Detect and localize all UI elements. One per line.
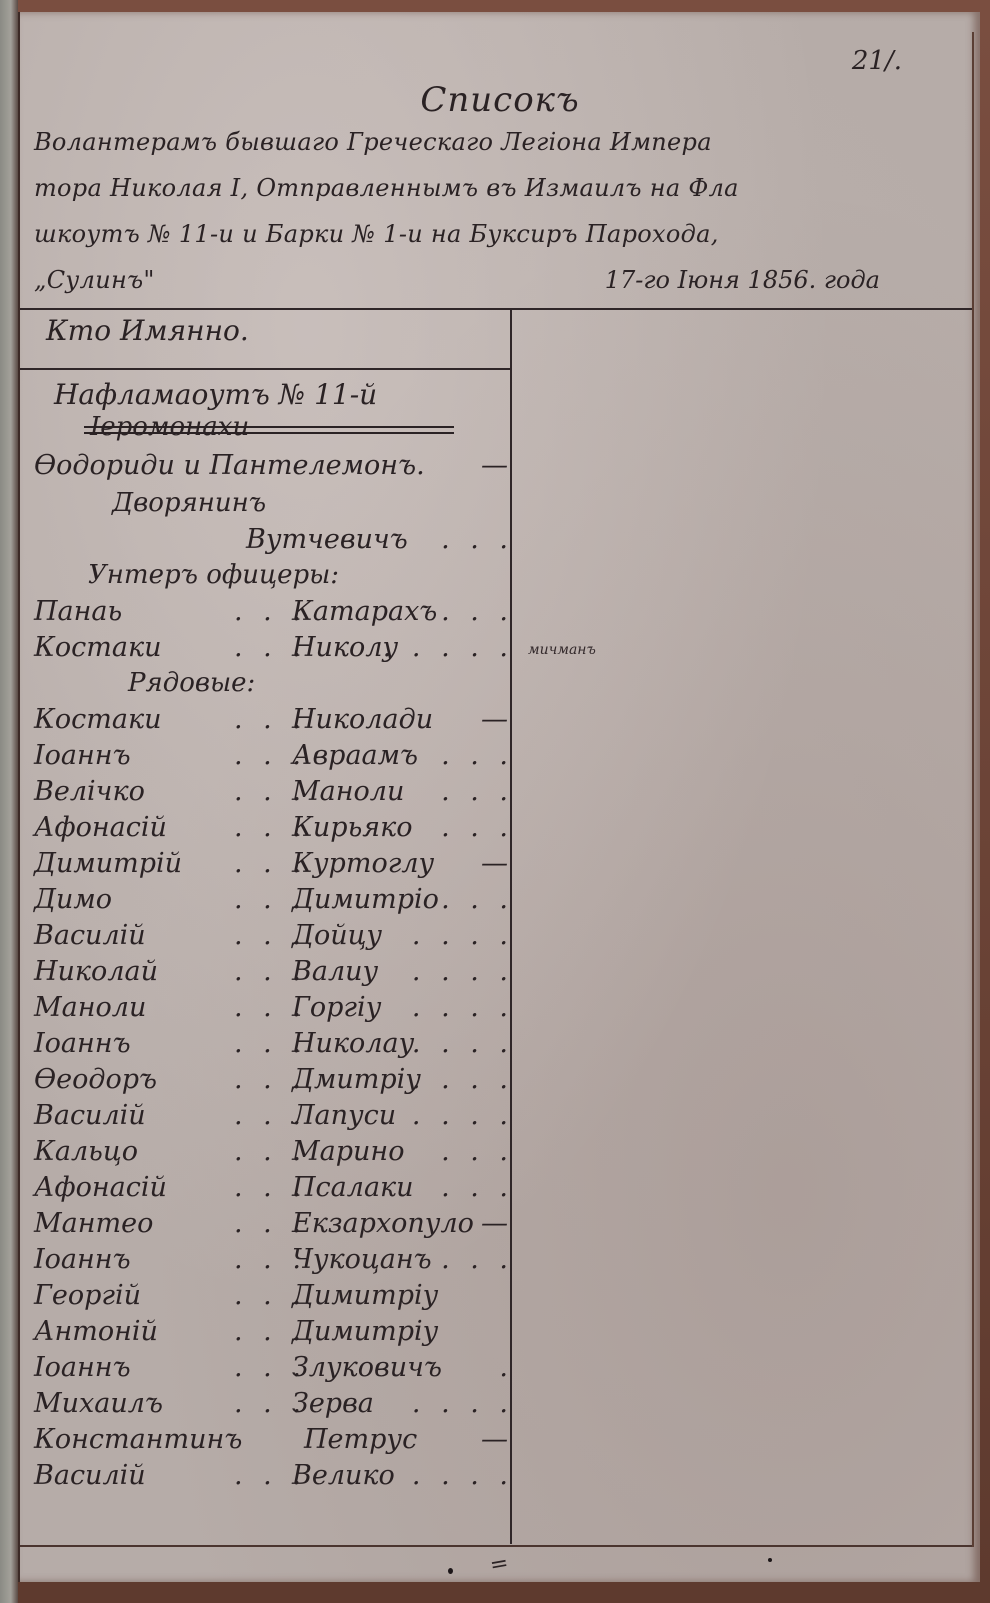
entry-first-name: Велічко <box>34 776 145 807</box>
entry-surname: Николади <box>292 704 433 735</box>
entry-first-name: Николай <box>34 956 158 987</box>
entry-trail: . . . . <box>412 1028 514 1059</box>
entry-first-name: Кальцо <box>34 1136 138 1167</box>
entry-surname: Димитріо <box>292 884 439 915</box>
entry-surname: Псалаки <box>292 1172 414 1203</box>
end-of-list-mark: = <box>488 1551 510 1579</box>
entry-first-name: Іоаннъ <box>34 1352 131 1383</box>
entry-trail: — <box>481 848 514 879</box>
entry-first-name: Ѳеодоръ <box>34 1064 157 1095</box>
entry-surname: Димитріу <box>292 1280 438 1311</box>
table-top-rule <box>20 308 972 310</box>
entry-first-name: Михаилъ <box>34 1388 163 1419</box>
document-title: Списокъ <box>20 80 980 120</box>
column-header-names: Кто Имянно. <box>46 314 249 347</box>
section-title: Нафламаоутъ № 11-й <box>54 378 377 411</box>
entry-surname: Кирьяко <box>292 812 413 843</box>
list-item: Костаки . . . Николу . . . . . <box>34 632 514 676</box>
heading-line-3: шкоутъ № 11-и и Барки № 1-и на Буксиръ П… <box>34 220 719 248</box>
entry-surname: Лапуси <box>292 1100 396 1131</box>
entry-surname: Чукоцанъ <box>292 1244 432 1275</box>
entry-first-name: Георгій <box>34 1280 141 1311</box>
list-item: Ѳодориди и Пантелемонъ. — <box>34 450 514 494</box>
entry-trail: . . . <box>441 1136 514 1167</box>
entry-trail: . . . . <box>412 992 514 1023</box>
entry-surname: Валиу <box>292 956 378 987</box>
entry-trail: — <box>481 1208 514 1239</box>
entry-surname: Екзархопуло <box>292 1208 474 1239</box>
entry-first-name: Василій <box>34 1100 146 1131</box>
entry-trail: . . . . <box>412 1388 514 1419</box>
list-item: Василій . . . Велико . . . . <box>34 1460 514 1504</box>
entry-first-name: Афонасій <box>34 1172 167 1203</box>
entry-first-name: Константинъ <box>34 1424 242 1455</box>
entry-trail: . . . <box>441 812 514 843</box>
entry-trail: . . . <box>441 776 514 807</box>
folio-number: 21/. <box>852 46 902 76</box>
entry-first-name: Мантео <box>34 1208 153 1239</box>
entry-surname: Петрус <box>304 1424 417 1455</box>
group-label-privates: Рядовые: <box>128 668 255 698</box>
entry-first-name: Костаки <box>34 632 162 663</box>
entry-trail: . <box>499 1352 514 1383</box>
entry-surname: Димитріу <box>292 1316 438 1347</box>
entry-trail: . . . . <box>412 1064 514 1095</box>
heading-line-1: Волантерамъ бывшаго Греческаго Легіона И… <box>34 128 712 156</box>
heading-line-4: „Сулинъ" <box>34 266 155 294</box>
rank-note: мичманъ <box>528 642 596 658</box>
ink-blot <box>768 1558 772 1562</box>
entry-trail: . . . . . <box>383 632 514 663</box>
entry-surname: Велико <box>292 1460 395 1491</box>
entry-first-name: Василій <box>34 920 146 951</box>
entry-trail: . . . <box>441 1172 514 1203</box>
entry-surname: Злуковичъ <box>292 1352 442 1383</box>
manuscript-page: 21/. Списокъ Волантерамъ бывшаго Греческ… <box>18 12 980 1582</box>
entry-surname: Катарахъ <box>292 596 437 627</box>
entry-first-name: Афонасій <box>34 812 167 843</box>
entry-trail: . . . . <box>412 1100 514 1131</box>
entry-trail: . . . <box>441 1244 514 1275</box>
entry-surname: Дойцу <box>292 920 382 951</box>
entry-surname: Дмитріу <box>292 1064 421 1095</box>
entry-first-name: Панаь <box>34 596 122 627</box>
entry-surname: Николау <box>292 1028 414 1059</box>
entry-surname: Зерва <box>292 1388 374 1419</box>
entry-first-name: Димо <box>34 884 112 915</box>
book-binding <box>0 0 18 1603</box>
entry-first-name: Антоній <box>34 1316 158 1347</box>
page-right-edge <box>972 32 974 1547</box>
entry-first-name: Маноли <box>34 992 146 1023</box>
group-label-ncos: Унтеръ офицеры: <box>88 560 339 590</box>
group-label-hieromonks: Іеромонахи <box>90 412 249 442</box>
entry-surname: Вутчевичъ <box>246 524 408 555</box>
entry-first-name: Іоаннъ <box>34 1028 131 1059</box>
page-bottom-edge <box>20 1545 972 1547</box>
entry-first-name: Іоаннъ <box>34 1244 131 1275</box>
entry-first-name: Василій <box>34 1460 146 1491</box>
entry-surname: Горгіу <box>292 992 381 1023</box>
section-title-text: Нафламаоутъ № 11-й <box>54 378 377 411</box>
document-date: 17-го Іюня 1856. года <box>605 266 880 294</box>
entry-first-name: Іоаннъ <box>34 740 131 771</box>
entry-trail: . . . . <box>412 956 514 987</box>
entry-trail: — <box>481 450 514 481</box>
entry-trail: . . . <box>441 740 514 771</box>
entry-trail: . . . <box>441 884 514 915</box>
entry-names: Ѳодориди и Пантелемонъ. <box>34 450 425 481</box>
entry-first-name: Костаки <box>34 704 162 735</box>
entry-trail: . . . . <box>412 920 514 951</box>
ink-blot <box>448 1568 453 1574</box>
heading-line-2: тора Николая I, Отправленнымъ въ Измаилъ… <box>34 174 739 202</box>
entry-surname: Куртоглу <box>292 848 434 879</box>
header-rule <box>20 368 512 370</box>
entry-surname: Маноли <box>292 776 404 807</box>
entry-trail: . . . <box>441 524 514 555</box>
entry-trail: . . . <box>441 596 514 627</box>
entry-surname: Авраамъ <box>292 740 418 771</box>
entry-trail: . . . . <box>412 1460 514 1491</box>
entry-trail: — <box>481 704 514 735</box>
entry-first-name: Димитрій <box>34 848 182 879</box>
entry-trail: — <box>481 1424 514 1455</box>
group-label-nobleman: Дворянинъ <box>112 488 266 518</box>
entry-surname: Марино <box>292 1136 404 1167</box>
